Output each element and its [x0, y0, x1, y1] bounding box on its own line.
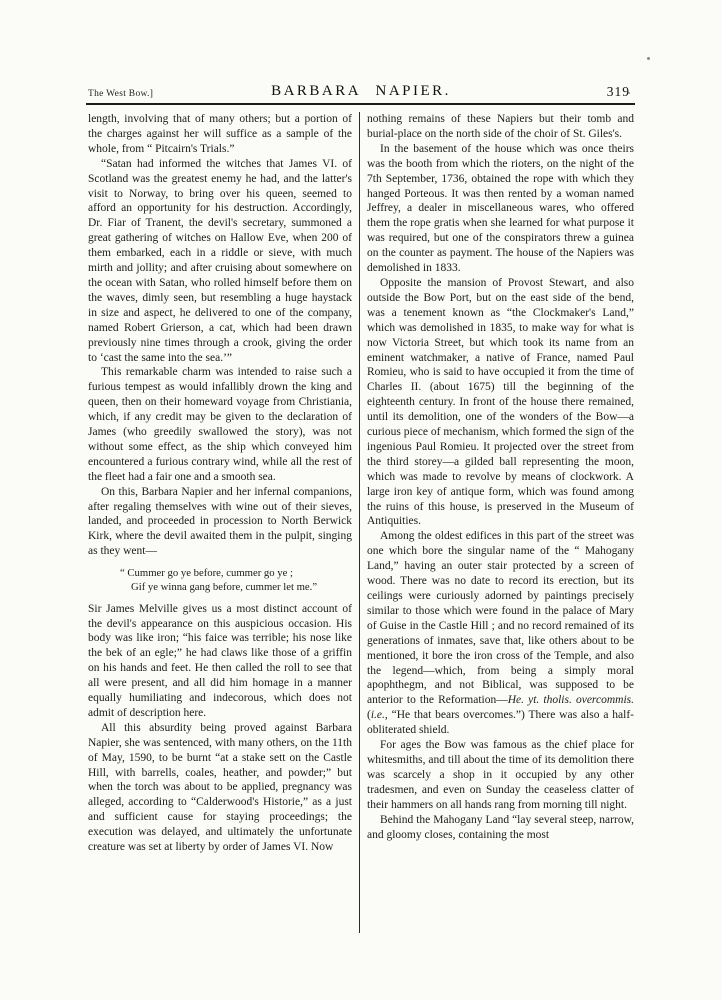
paragraph: For ages the Bow was famous as the chief…	[367, 738, 634, 813]
left-column: length, involving that of many others; b…	[88, 112, 352, 933]
paragraph-with-latin-legend: Among the oldest edifices in this part o…	[367, 529, 634, 738]
legend-text-before: Among the oldest edifices in this part o…	[367, 530, 634, 706]
latin-legend: He. yt. tholis. overcommis.	[508, 694, 634, 706]
paragraph: Behind the Mahogany Land “lay several st…	[367, 813, 634, 843]
text-columns: length, involving that of many others; b…	[88, 112, 634, 933]
verse-line: “ Cummer go ye before, cummer go ye ;	[120, 566, 352, 580]
paragraph: This remarkable charm was intended to ra…	[88, 365, 352, 484]
ie-abbreviation: i.e.	[371, 709, 385, 721]
page-number: 319	[607, 84, 630, 100]
book-page: The West Bow.] BARBARA NAPIER. 319 lengt…	[0, 0, 722, 1000]
paragraph: Opposite the mansion of Provost Stewart,…	[367, 276, 634, 529]
legend-text-after: , “He that bears overcomes.”) There was …	[367, 709, 634, 736]
page-title: BARBARA NAPIER.	[88, 83, 634, 100]
paragraph: All this absurdity being proved against …	[88, 721, 352, 855]
paragraph: On this, Barbara Napier and her infernal…	[88, 485, 352, 560]
paragraph: Sir James Melville gives us a most disti…	[88, 602, 352, 721]
scan-speck	[647, 57, 650, 60]
paragraph-continuation: length, involving that of many others; b…	[88, 112, 352, 157]
scan-speck	[628, 92, 630, 94]
header-rule	[86, 103, 635, 105]
paragraph: “Satan had informed the witches that Jam…	[88, 157, 352, 366]
paragraph-continuation: nothing remains of these Napiers but the…	[367, 112, 634, 142]
column-divider	[359, 112, 360, 933]
paragraph: In the basement of the house which was o…	[367, 142, 634, 276]
verse-quote: “ Cummer go ye before, cummer go ye ; Gi…	[120, 566, 352, 594]
page-header: The West Bow.] BARBARA NAPIER. 319	[88, 82, 634, 100]
verse-line: Gif ye winna gang before, cummer let me.…	[131, 580, 352, 594]
right-column: nothing remains of these Napiers but the…	[367, 112, 634, 933]
